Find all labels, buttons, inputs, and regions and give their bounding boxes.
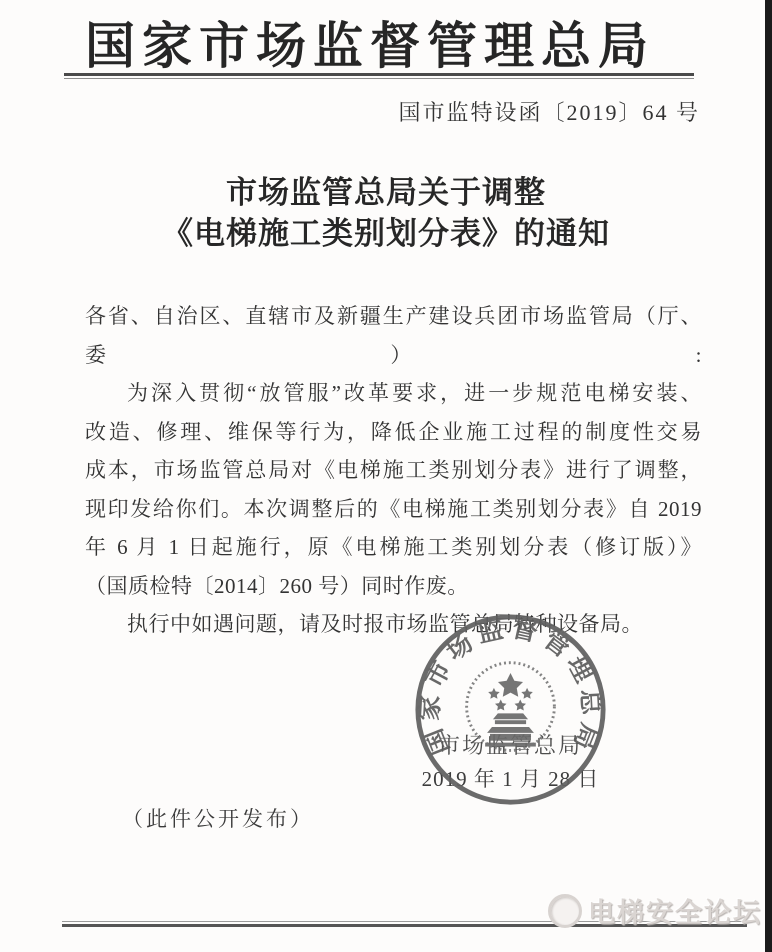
notice-title-line2: 《电梯施工类别划分表》的通知 [36,213,736,254]
notice-title-line1: 市场监管总局关于调整 [36,172,736,213]
salutation-line: 各省、自治区、直辖市及新疆生产建设兵团市场监管局（厅、委）: [85,297,702,374]
body-line: 为深入贯彻“放管服”改革要求，进一步规范电梯安装、 [85,374,702,413]
public-release-note: （此件公开发布） [122,803,314,833]
notice-body: 各省、自治区、直辖市及新疆生产建设兵团市场监管局（厅、委）: 为深入贯彻“放管服… [85,297,702,644]
header-divider [64,73,694,79]
forum-logo-icon [548,894,582,928]
star-icon [521,688,532,699]
body-line: 改造、修理、维保等行为，降低企业施工过程的制度性交易 [85,413,702,452]
official-seal: 国家市场监督管理总局 [413,612,608,807]
star-icon [488,688,499,699]
tiananmen-icon [485,713,536,746]
body-line: （国质检特〔2014〕260 号）同时作废。 [85,567,702,606]
body-line: 成本，市场监管总局对《电梯施工类别划分表》进行了调整， [85,451,702,490]
star-icon [498,673,523,697]
scanned-notice-page: 国家市场监督管理总局 国市监特设函〔2019〕64 号 市场监管总局关于调整 《… [0,0,772,952]
notice-title: 市场监管总局关于调整 《电梯施工类别划分表》的通知 [36,172,736,254]
star-icon [515,700,526,711]
national-emblem-icon [467,663,555,751]
body-line: 现印发给你们。本次调整后的《电梯施工类别划分表》自 2019 [85,490,702,529]
forum-watermark: 电梯安全论坛 [548,891,762,930]
document-number: 国市监特设函〔2019〕64 号 [0,96,700,127]
scan-edge-strip [765,0,772,952]
closing-line: 执行中如遇问题，请及时报市场监管总局特种设备局。 [85,605,702,644]
star-icon [495,700,506,711]
body-line: 年 6 月 1 日起施行，原《电梯施工类别划分表（修订版）》 [85,528,702,567]
watermark-text: 电梯安全论坛 [588,891,762,930]
header-divider-thin-rule [64,78,694,79]
agency-header-title: 国家市场监督管理总局 [30,6,710,78]
header-divider-thick-rule [64,73,694,76]
